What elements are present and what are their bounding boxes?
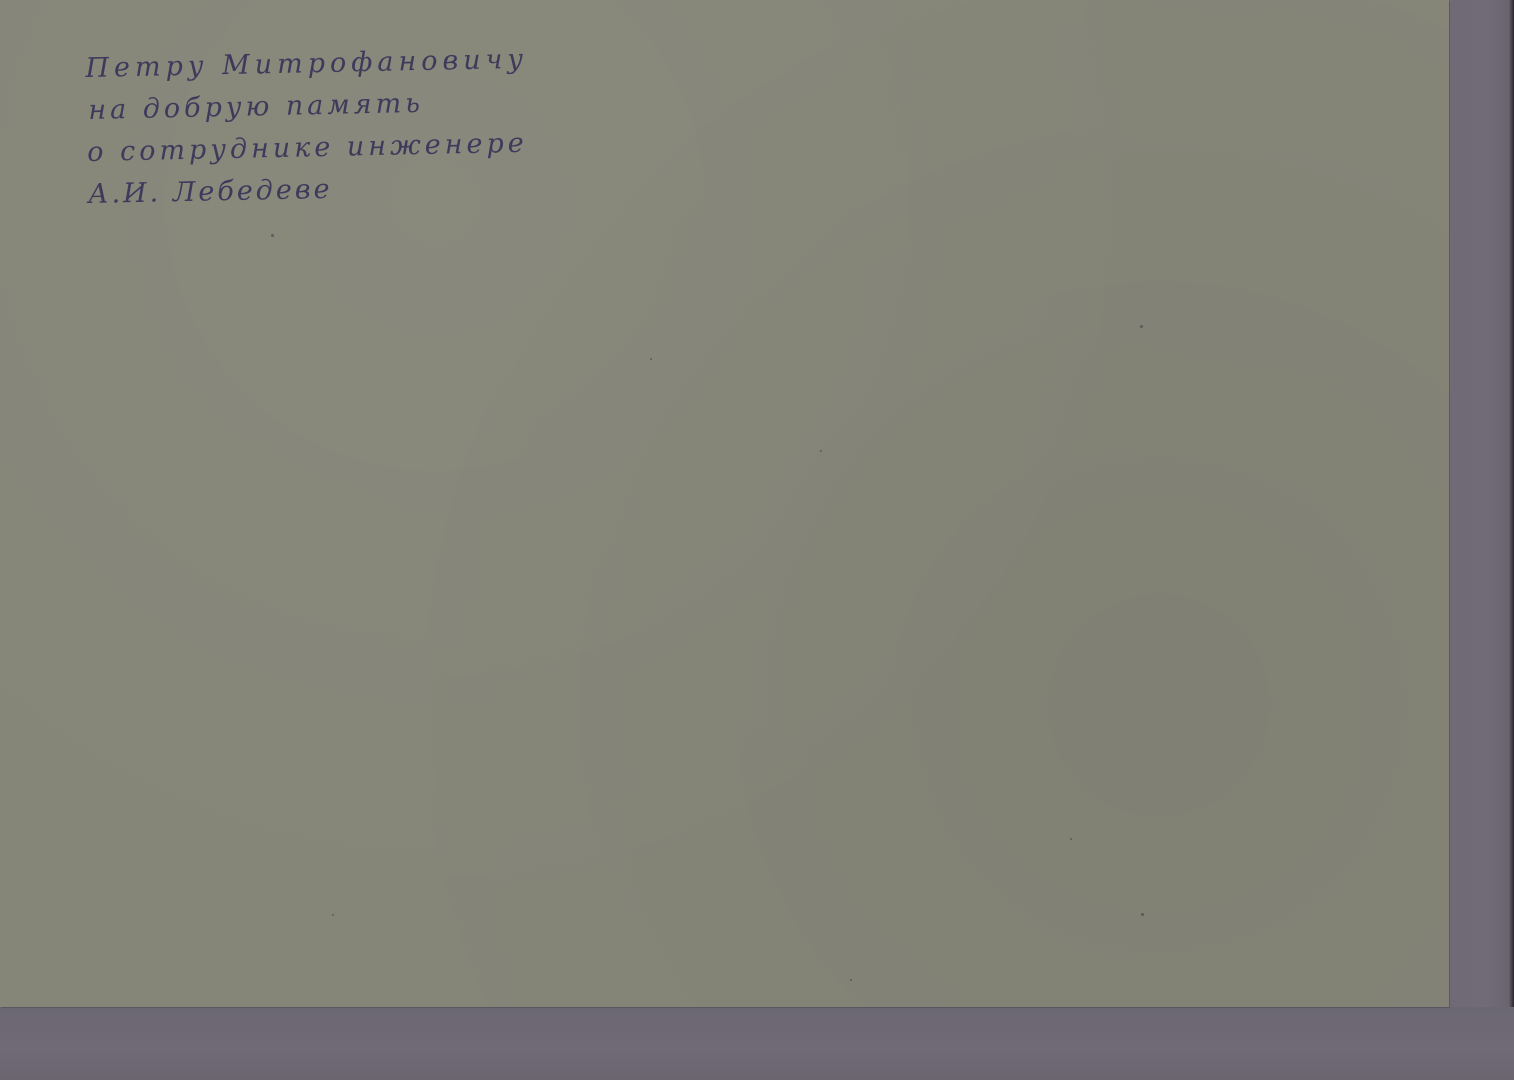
paper-speck — [1140, 325, 1143, 328]
paper-speck — [850, 979, 852, 981]
paper-speck — [332, 914, 334, 916]
backdrop-bottom-edge — [0, 1007, 1514, 1080]
paper-speck — [650, 358, 652, 360]
paper-speck — [271, 234, 274, 237]
handwritten-inscription: Петру Митрофановичу на добрую память о с… — [85, 39, 531, 216]
paper-speck — [820, 450, 822, 452]
paper-speck — [1141, 913, 1144, 916]
inscription-line-4: А.И. Лебедеве — [88, 165, 531, 216]
card-back: Петру Митрофановичу на добрую память о с… — [0, 0, 1449, 1007]
paper-speck — [1070, 838, 1072, 840]
backdrop-right-edge — [1449, 0, 1514, 1080]
